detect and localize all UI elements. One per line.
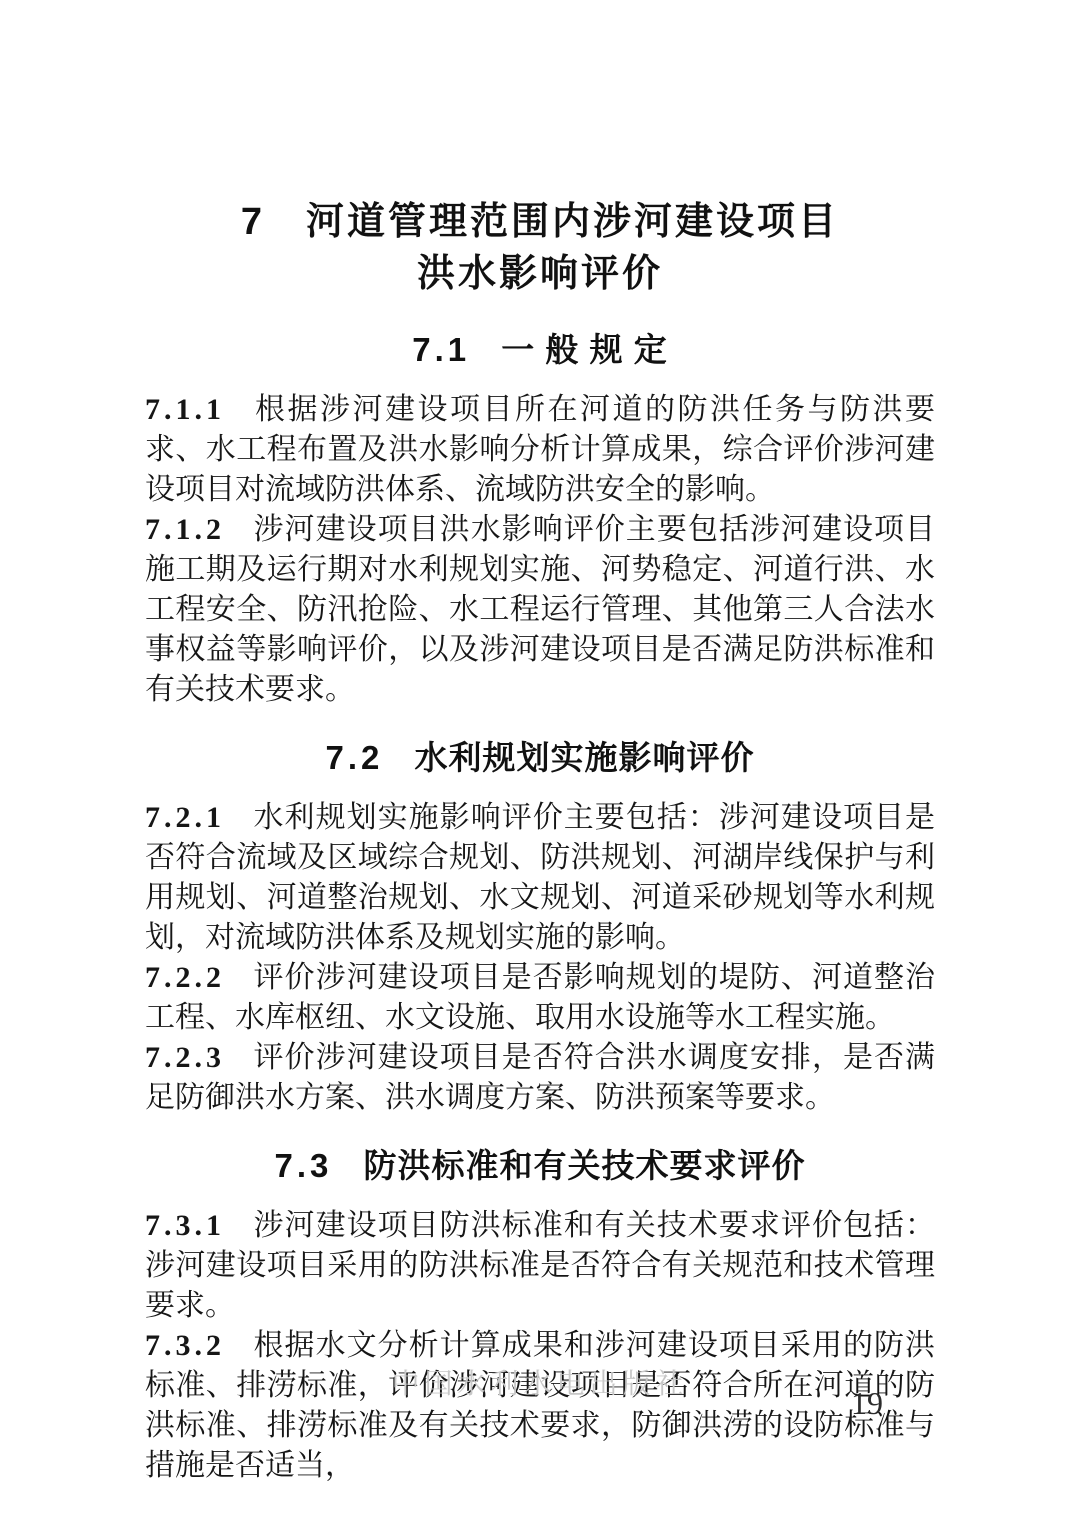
clause-7-2-1: 7.2.1 水利规划实施影响评价主要包括：涉河建设项目是否符合流域及区域综合规划… (145, 798, 935, 958)
chapter-title-line1: 7 河道管理范围内涉河建设项目 (145, 196, 935, 248)
clause-number: 7.2.2 (145, 961, 225, 994)
section-number: 7.3 (274, 1147, 332, 1184)
clause-7-1-2: 7.1.2 涉河建设项目洪水影响评价主要包括涉河建设项目施工期及运行期对水利规划… (145, 510, 935, 710)
section-7-1: 7.1 一 般 规 定 7.1.1 根据涉河建设项目所在河道的防洪任务与防洪要求… (145, 328, 935, 710)
clause-text: 根据水文分析计算成果和涉河建设项目采用的防洪标准、排涝标准，评价涉河建设项目是否… (145, 1329, 935, 1482)
clause-number: 7.3.2 (145, 1329, 225, 1362)
page-content: 7 河道管理范围内涉河建设项目 洪水影响评价 7.1 一 般 规 定 7.1.1… (145, 0, 935, 1486)
clause-number: 7.1.1 (145, 393, 225, 426)
clause-number: 7.2.1 (145, 801, 225, 834)
clause-text: 涉河建设项目洪水影响评价主要包括涉河建设项目施工期及运行期对水利规划实施、河势稳… (145, 513, 935, 706)
section-title: 一 般 规 定 (501, 331, 668, 368)
section-number: 7.1 (412, 331, 470, 368)
section-7-2: 7.2 水利规划实施影响评价 7.2.1 水利规划实施影响评价主要包括：涉河建设… (145, 736, 935, 1118)
clause-7-3-1: 7.3.1 涉河建设项目防洪标准和有关技术要求评价包括：涉河建设项目采用的防洪标… (145, 1206, 935, 1326)
clause-text: 评价涉河建设项目是否符合洪水调度安排，是否满足防御洪水方案、洪水调度方案、防洪预… (145, 1041, 935, 1114)
clause-7-2-3: 7.2.3 评价涉河建设项目是否符合洪水调度安排，是否满足防御洪水方案、洪水调度… (145, 1038, 935, 1118)
section-7-3-heading: 7.3 防洪标准和有关技术要求评价 (145, 1144, 935, 1188)
clause-7-2-2: 7.2.2 评价涉河建设项目是否影响规划的堤防、河道整治工程、水库枢纽、水文设施… (145, 958, 935, 1038)
clause-7-3-2: 7.3.2 根据水文分析计算成果和涉河建设项目采用的防洪标准、排涝标准，评价涉河… (145, 1326, 935, 1486)
clause-text: 评价涉河建设项目是否影响规划的堤防、河道整治工程、水库枢纽、水文设施、取用水设施… (145, 961, 935, 1034)
clause-7-1-1: 7.1.1 根据涉河建设项目所在河道的防洪任务与防洪要求、水工程布置及洪水影响分… (145, 390, 935, 510)
section-title: 防洪标准和有关技术要求评价 (364, 1147, 806, 1184)
clause-number: 7.1.2 (145, 513, 225, 546)
chapter-title-line2: 洪水影响评价 (145, 248, 935, 300)
page-number: 19 (851, 1385, 883, 1422)
section-title: 水利规划实施影响评价 (415, 739, 755, 776)
clause-number: 7.3.1 (145, 1209, 225, 1242)
clause-text: 水利规划实施影响评价主要包括：涉河建设项目是否符合流域及区域综合规划、防洪规划、… (145, 801, 935, 954)
section-7-3: 7.3 防洪标准和有关技术要求评价 7.3.1 涉河建设项目防洪标准和有关技术要… (145, 1144, 935, 1486)
clause-text: 涉河建设项目防洪标准和有关技术要求评价包括：涉河建设项目采用的防洪标准是否符合有… (145, 1209, 935, 1322)
section-7-2-heading: 7.2 水利规划实施影响评价 (145, 736, 935, 780)
chapter-title: 7 河道管理范围内涉河建设项目 洪水影响评价 (145, 0, 935, 300)
section-7-1-heading: 7.1 一 般 规 定 (145, 328, 935, 372)
clause-text: 根据涉河建设项目所在河道的防洪任务与防洪要求、水工程布置及洪水影响分析计算成果，… (145, 393, 935, 506)
document-page: 7 河道管理范围内涉河建设项目 洪水影响评价 7.1 一 般 规 定 7.1.1… (0, 0, 1080, 1527)
section-number: 7.2 (325, 739, 383, 776)
clause-number: 7.2.3 (145, 1041, 225, 1074)
